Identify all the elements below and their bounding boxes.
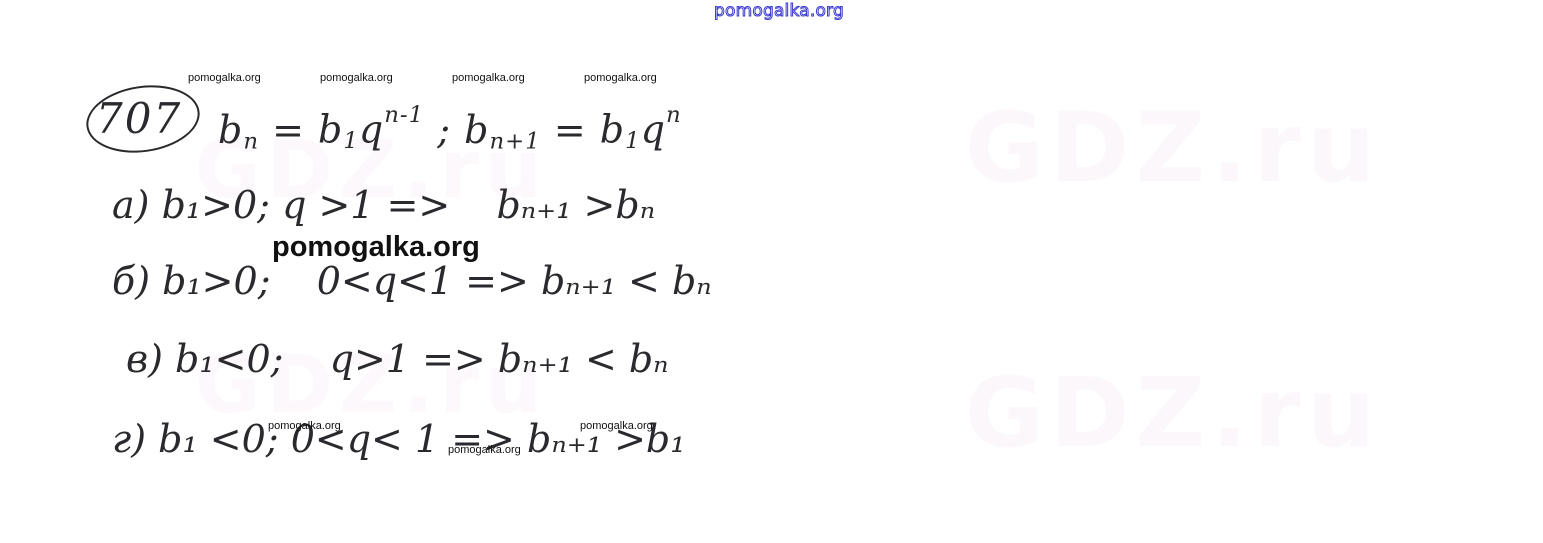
case-label: г) bbox=[112, 420, 146, 458]
small-watermark: pomogalka.org bbox=[580, 420, 653, 432]
case-label: б) bbox=[112, 262, 150, 300]
case-result: bₙ₊₁ < bₙ bbox=[498, 340, 669, 378]
case-condition: b₁<0; bbox=[175, 340, 283, 378]
equals-sign: = bbox=[272, 111, 305, 149]
implies-arrow: => bbox=[422, 340, 486, 378]
formula-line: bn = b1qn-1 ; bn+1 = b1qn bbox=[218, 104, 682, 153]
small-watermark: pomogalka.org bbox=[320, 72, 393, 84]
case-a: а) b₁>0; q >1 => bₙ₊₁ >bₙ bbox=[112, 186, 655, 224]
case-label: в) bbox=[126, 340, 163, 378]
site-watermark-top: pomogalka.org bbox=[714, 1, 844, 21]
equals-sign: = bbox=[554, 111, 587, 149]
small-watermark: pomogalka.org bbox=[452, 72, 525, 84]
small-watermark: pomogalka.org bbox=[448, 444, 521, 456]
case-condition: b₁>0; bbox=[162, 262, 270, 300]
formula-b1qn: b1qn bbox=[600, 104, 682, 153]
background-watermark: GDZ.ru bbox=[965, 100, 1381, 196]
small-watermark: pomogalka.org bbox=[268, 420, 341, 432]
separator: ; bbox=[437, 111, 451, 149]
formula-bn+1: bn+1 bbox=[464, 111, 541, 153]
implies-arrow: => bbox=[465, 262, 529, 300]
background-watermark: GDZ.ru bbox=[965, 365, 1381, 461]
scanned-solution-page: GDZ.ru GDZ.ru GDZ.ru GDZ.ru pomogalka.or… bbox=[0, 0, 1543, 543]
case-result: bₙ₊₁ >bₙ bbox=[496, 186, 655, 224]
case-condition: b₁ <0; bbox=[158, 420, 278, 458]
implies-arrow: => bbox=[387, 186, 451, 224]
problem-number: 707 bbox=[96, 94, 182, 143]
small-watermark: pomogalka.org bbox=[188, 72, 261, 84]
case-result: bₙ₊₁ < bₙ bbox=[541, 262, 712, 300]
case-label: а) bbox=[112, 186, 149, 224]
case-condition: b₁>0; bbox=[162, 186, 270, 224]
case-v: в) b₁<0; q>1 => bₙ₊₁ < bₙ bbox=[126, 340, 669, 378]
case-condition: q >1 bbox=[282, 186, 374, 224]
case-b: б) b₁>0; 0<q<1 => bₙ₊₁ < bₙ bbox=[112, 262, 712, 300]
case-condition: q>1 bbox=[330, 340, 410, 378]
formula-b1qn-1: b1qn-1 bbox=[318, 104, 424, 153]
case-condition: 0<q<1 bbox=[317, 262, 453, 300]
small-watermark: pomogalka.org bbox=[584, 72, 657, 84]
formula-bn: bn bbox=[218, 111, 259, 153]
